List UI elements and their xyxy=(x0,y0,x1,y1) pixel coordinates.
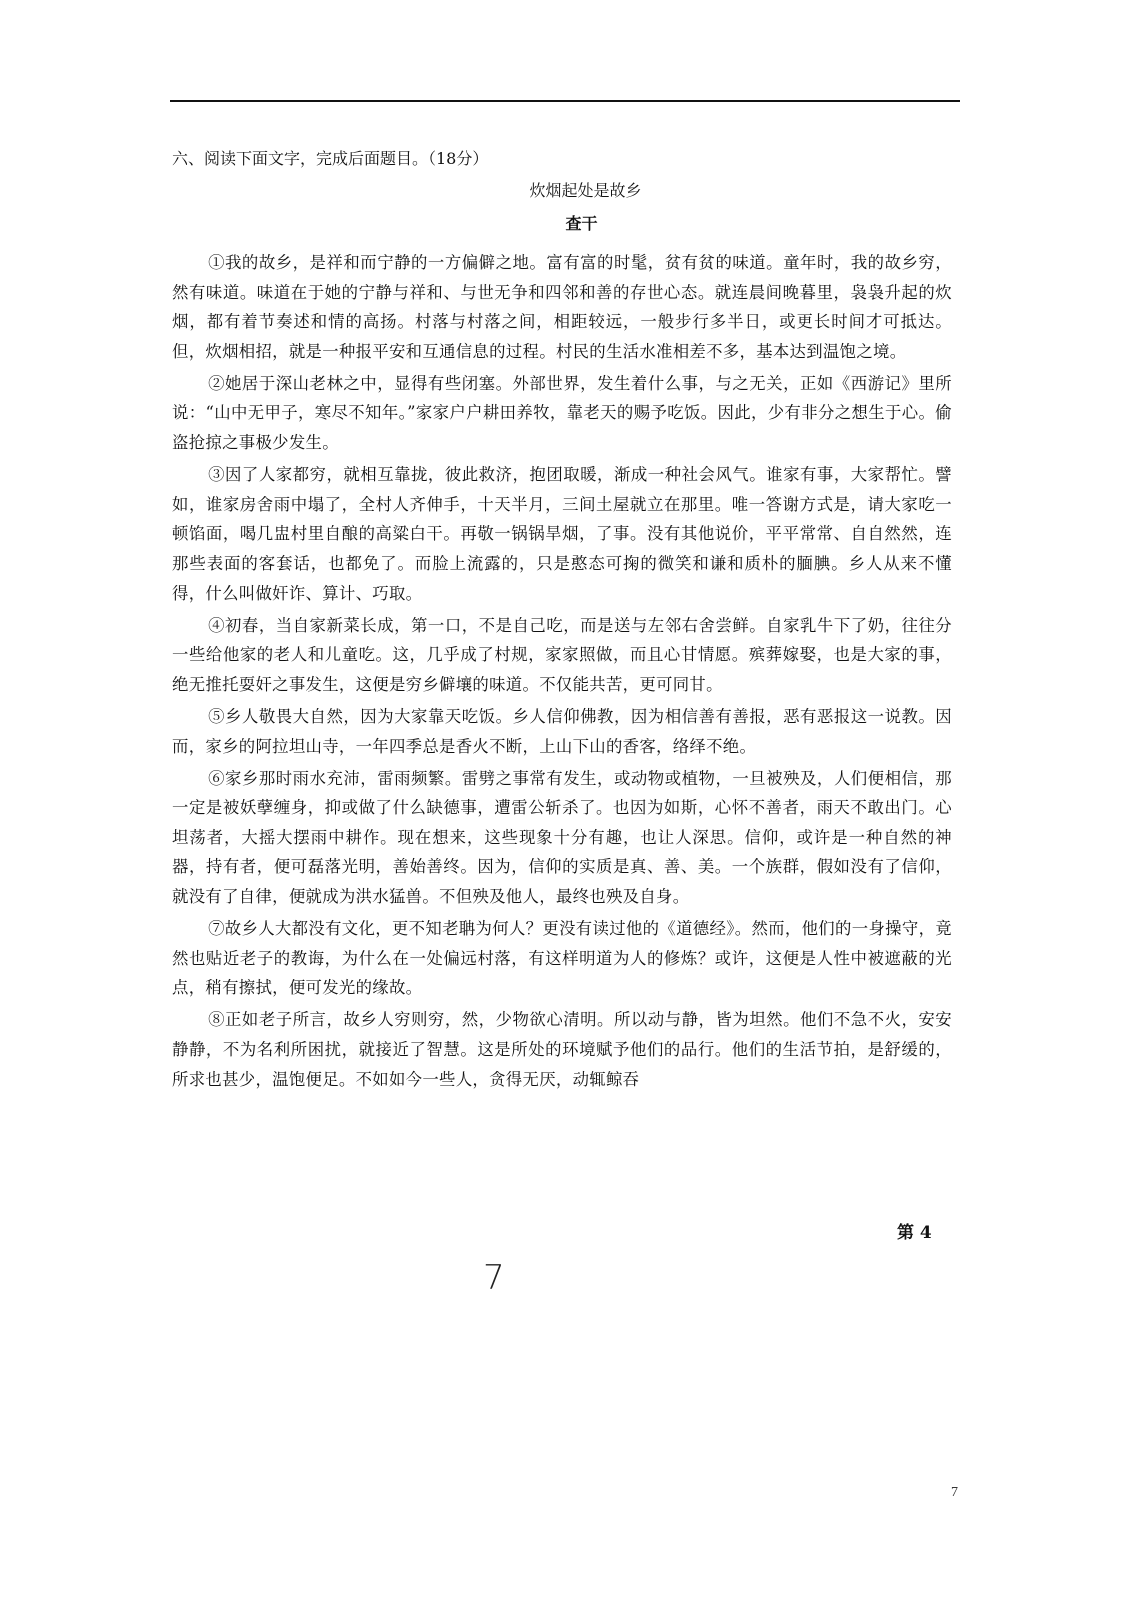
article-title: 炊烟起处是故乡 xyxy=(0,180,1131,202)
paragraph-1: ①我的故乡，是祥和而宁静的一方偏僻之地。富有富的时髦，贫有贫的味道。童年时，我的… xyxy=(172,248,952,366)
question-heading: 六、阅读下面文字，完成后面题目。（18分） xyxy=(172,148,488,170)
paragraph-2: ②她居于深山老林之中，显得有些闭塞。外部世界，发生着什么事，与之无关，正如《西游… xyxy=(172,369,952,458)
page-number: 7 xyxy=(951,1484,958,1502)
scanned-page-marker: 第 4 xyxy=(897,1222,932,1244)
paragraph-7: ⑦故乡人大都没有文化，更不知老聃为何人？更没有读过他的《道德经》。然而，他们的一… xyxy=(172,914,952,1003)
article-author: 查干 xyxy=(0,213,1131,235)
paragraph-4: ④初春，当自家新菜长成，第一口，不是自己吃，而是送与左邻右舍尝鲜。自家乳牛下了奶… xyxy=(172,611,952,700)
handwritten-page-number: 7 xyxy=(483,1258,505,1298)
paragraph-3: ③因了人家都穷，就相互靠拢，彼此救济，抱团取暖，渐成一种社会风气。谁家有事，大家… xyxy=(172,460,952,608)
article-author-text: 查干 xyxy=(565,214,597,233)
article-body: ①我的故乡，是祥和而宁静的一方偏僻之地。富有富的时髦，贫有贫的味道。童年时，我的… xyxy=(172,248,952,1097)
paragraph-5: ⑤乡人敬畏大自然，因为大家靠天吃饭。乡人信仰佛教，因为相信善有善报，恶有恶报这一… xyxy=(172,702,952,761)
header-rule xyxy=(170,100,960,102)
paragraph-8: ⑧正如老子所言，故乡人穷则穷，然，少物欲心清明。所以动与静，皆为坦然。他们不急不… xyxy=(172,1005,952,1094)
article-title-text: 炊烟起处是故乡 xyxy=(529,181,641,200)
paragraph-6: ⑥家乡那时雨水充沛，雷雨频繁。雷劈之事常有发生，或动物或植物，一旦被殃及，人们便… xyxy=(172,764,952,912)
